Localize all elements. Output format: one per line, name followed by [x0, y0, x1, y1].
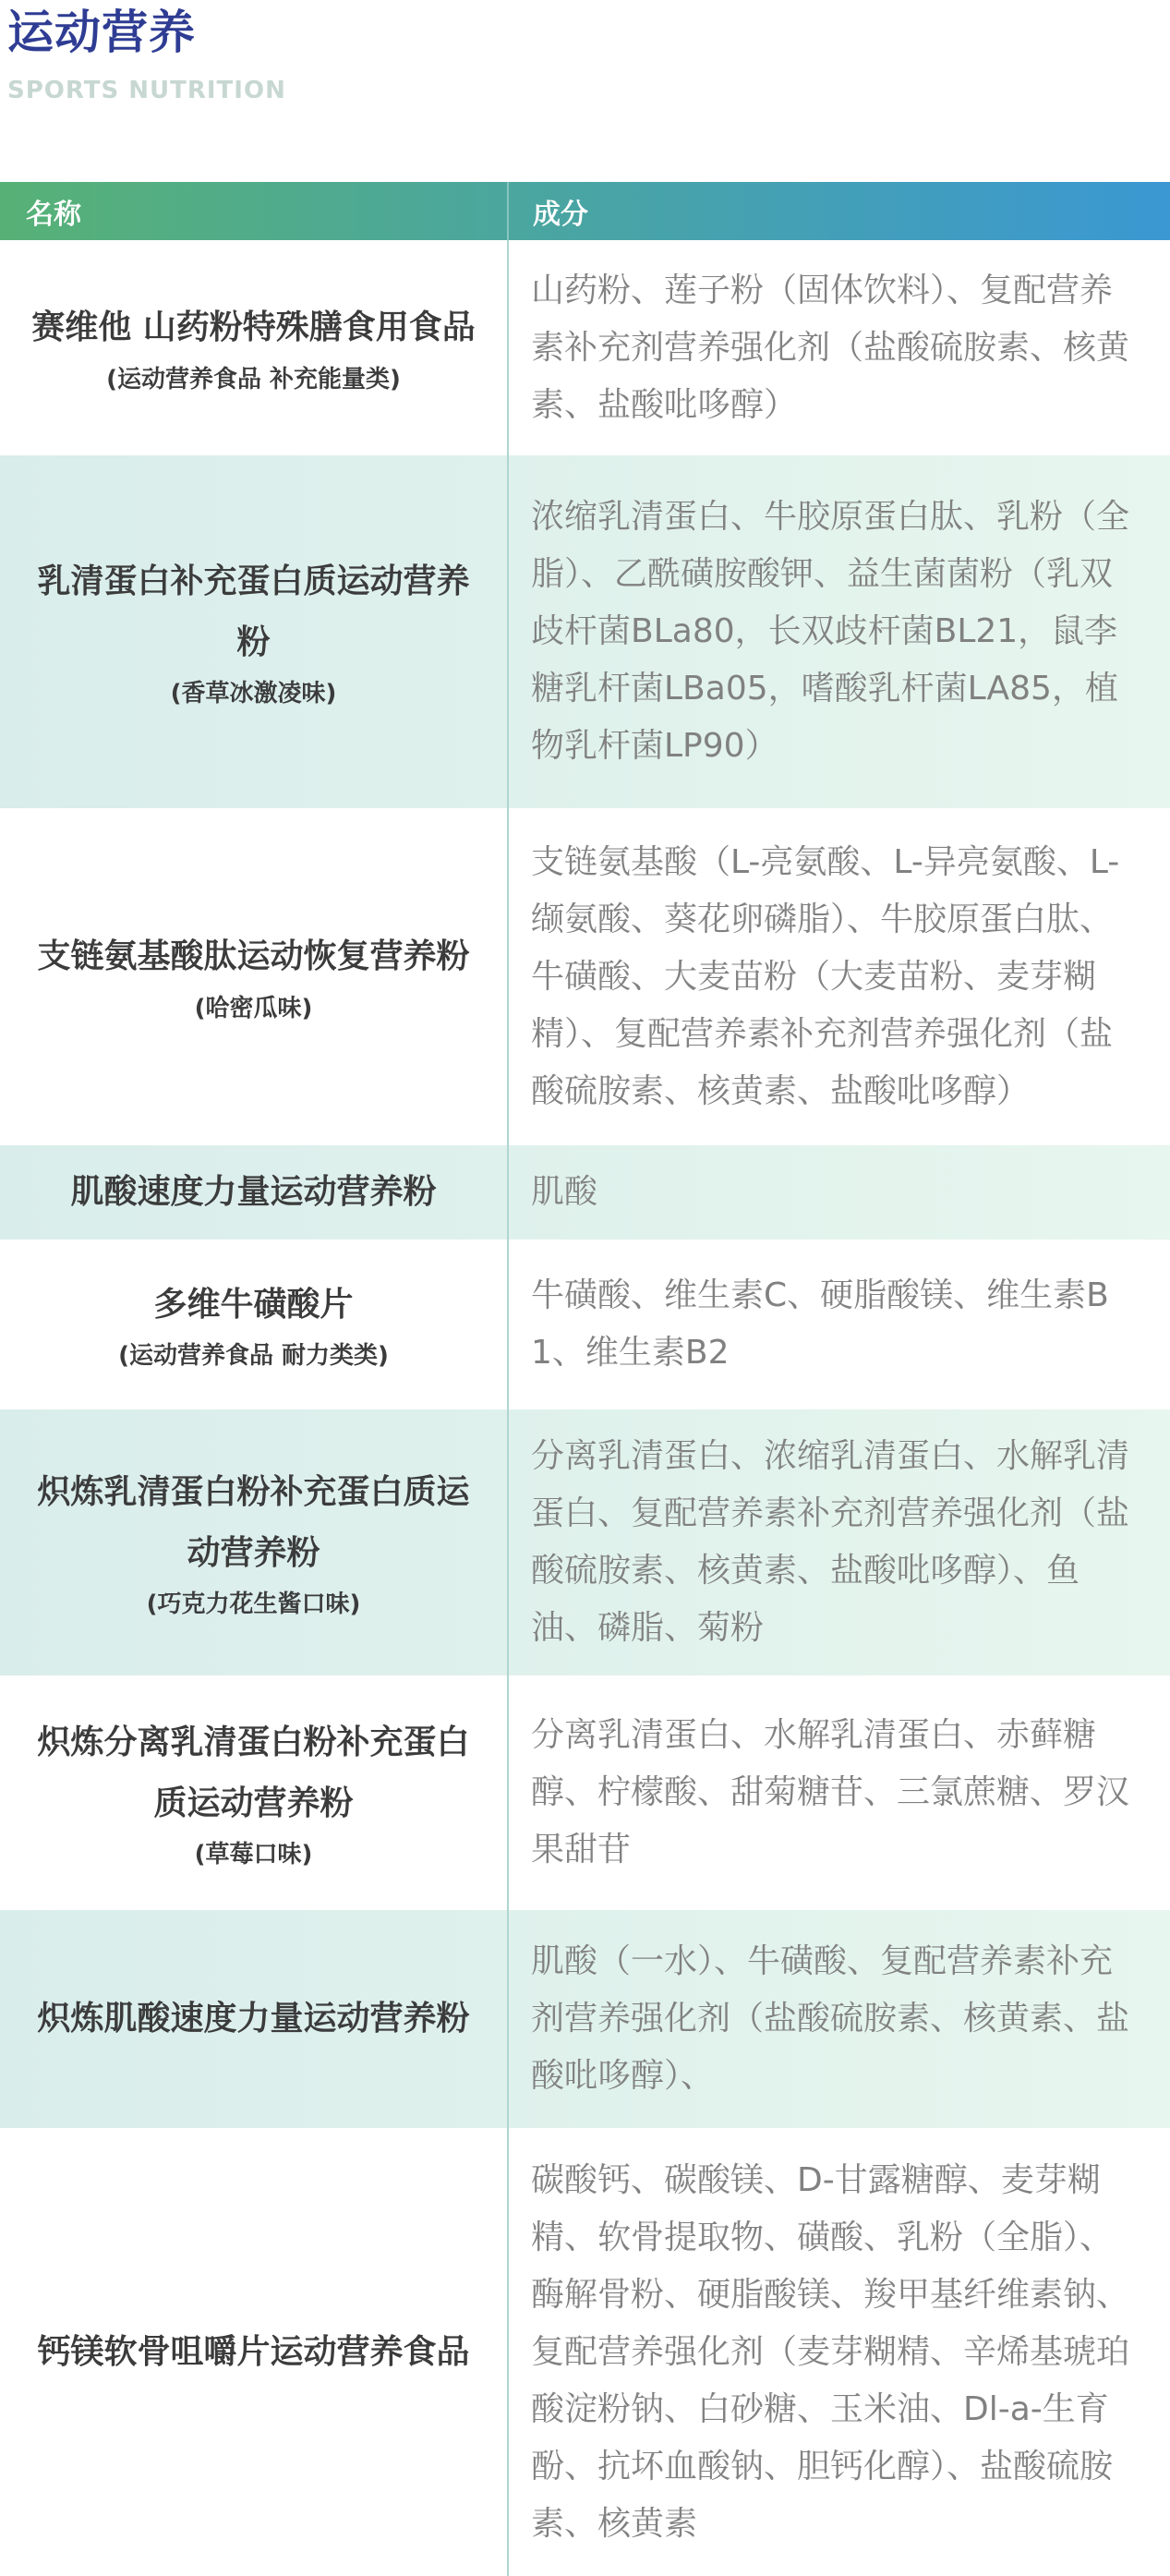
table-row: 肌酸速度力量运动营养粉肌酸 — [0, 1145, 1170, 1240]
ingredients-text: 肌酸 — [531, 1164, 597, 1221]
product-name: 赛维他 山药粉特殊膳食用食品 — [31, 297, 476, 358]
table-row: 炽炼乳清蛋白粉补充蛋白质运动营养粉(巧克力花生酱口味)分离乳清蛋白、浓缩乳清蛋白… — [0, 1409, 1170, 1675]
product-name-cell: 赛维他 山药粉特殊膳食用食品(运动营养食品 补充能量类) — [0, 240, 507, 455]
ingredients-cell: 支链氨基酸（L-亮氨酸、L-异亮氨酸、L-缬氨酸、葵花卵磷脂）、牛胶原蛋白肽、牛… — [507, 808, 1170, 1145]
column-header-name: 名称 — [0, 182, 507, 240]
page: 运动营养 SPORTS NUTRITION 名称 成分 赛维他 山药粉特殊膳食用… — [0, 0, 1170, 2576]
table-row: 支链氨基酸肽运动恢复营养粉(哈密瓜味)支链氨基酸（L-亮氨酸、L-异亮氨酸、L-… — [0, 808, 1170, 1145]
table-row: 多维牛磺酸片(运动营养食品 耐力类类)牛磺酸、维生素C、硬脂酸镁、维生素B1、维… — [0, 1240, 1170, 1409]
ingredients-cell: 浓缩乳清蛋白、牛胶原蛋白肽、乳粉（全脂）、乙酰磺胺酸钾、益生菌菌粉（乳双歧杆菌B… — [507, 455, 1170, 808]
nutrition-table: 名称 成分 赛维他 山药粉特殊膳食用食品(运动营养食品 补充能量类)山药粉、莲子… — [0, 182, 1170, 2576]
ingredients-text: 分离乳清蛋白、水解乳清蛋白、赤藓糖醇、柠檬酸、甜菊糖苷、三氯蔗糖、罗汉果甜苷 — [531, 1707, 1144, 1879]
ingredients-text: 山药粉、莲子粉（固体饮料）、复配营养素补充剂营养强化剂（盐酸硫胺素、核黄素、盐酸… — [531, 262, 1144, 434]
ingredients-cell: 分离乳清蛋白、浓缩乳清蛋白、水解乳清蛋白、复配营养素补充剂营养强化剂（盐酸硫胺素… — [507, 1409, 1170, 1675]
ingredients-cell: 山药粉、莲子粉（固体饮料）、复配营养素补充剂营养强化剂（盐酸硫胺素、核黄素、盐酸… — [507, 240, 1170, 455]
table-header-row: 名称 成分 — [0, 182, 1170, 240]
ingredients-text: 支链氨基酸（L-亮氨酸、L-异亮氨酸、L-缬氨酸、葵花卵磷脂）、牛胶原蛋白肽、牛… — [531, 834, 1144, 1120]
product-name: 乳清蛋白补充蛋白质运动营养粉 — [28, 551, 479, 672]
table-row: 钙镁软骨咀嚼片运动营养食品碳酸钙、碳酸镁、D-甘露糖醇、麦芽糊精、软骨提取物、磺… — [0, 2128, 1170, 2576]
product-name: 支链氨基酸肽运动恢复营养粉 — [37, 926, 469, 987]
page-subtitle: SPORTS NUTRITION — [7, 77, 1170, 104]
ingredients-text: 浓缩乳清蛋白、牛胶原蛋白肽、乳粉（全脂）、乙酰磺胺酸钾、益生菌菌粉（乳双歧杆菌B… — [531, 489, 1144, 775]
ingredients-cell: 分离乳清蛋白、水解乳清蛋白、赤藓糖醇、柠檬酸、甜菊糖苷、三氯蔗糖、罗汉果甜苷 — [507, 1675, 1170, 1910]
product-name-block: 炽炼肌酸速度力量运动营养粉 — [37, 1989, 469, 2050]
product-name-block: 钙镁软骨咀嚼片运动营养食品 — [37, 2322, 469, 2383]
product-name: 炽炼肌酸速度力量运动营养粉 — [37, 1989, 469, 2050]
table-row: 赛维他 山药粉特殊膳食用食品(运动营养食品 补充能量类)山药粉、莲子粉（固体饮料… — [0, 240, 1170, 455]
product-name-cell: 乳清蛋白补充蛋白质运动营养粉(香草冰激凌味) — [0, 455, 507, 808]
product-name-cell: 炽炼乳清蛋白粉补充蛋白质运动营养粉(巧克力花生酱口味) — [0, 1409, 507, 1675]
product-name: 钙镁软骨咀嚼片运动营养食品 — [37, 2322, 469, 2383]
product-flavor: (香草冰激凌味) — [28, 676, 479, 712]
product-name-cell: 多维牛磺酸片(运动营养食品 耐力类类) — [0, 1240, 507, 1409]
product-name: 肌酸速度力量运动营养粉 — [70, 1162, 436, 1223]
product-name-cell: 炽炼肌酸速度力量运动营养粉 — [0, 1910, 507, 2128]
product-name: 多维牛磺酸片 — [118, 1275, 389, 1336]
ingredients-cell: 牛磺酸、维生素C、硬脂酸镁、维生素B1、维生素B2 — [507, 1240, 1170, 1409]
product-name: 炽炼乳清蛋白粉补充蛋白质运动营养粉 — [28, 1462, 479, 1583]
table-row: 乳清蛋白补充蛋白质运动营养粉(香草冰激凌味)浓缩乳清蛋白、牛胶原蛋白肽、乳粉（全… — [0, 455, 1170, 808]
ingredients-text: 肌酸（一水）、牛磺酸、复配营养素补充剂营养强化剂（盐酸硫胺素、核黄素、盐酸吡哆醇… — [531, 1933, 1144, 2105]
product-name-cell: 肌酸速度力量运动营养粉 — [0, 1145, 507, 1240]
product-name-block: 炽炼分离乳清蛋白粉补充蛋白质运动营养粉(草莓口味) — [28, 1712, 479, 1873]
product-name-block: 肌酸速度力量运动营养粉 — [70, 1162, 436, 1223]
product-name-block: 赛维他 山药粉特殊膳食用食品(运动营养食品 补充能量类) — [31, 297, 476, 398]
table-row: 炽炼肌酸速度力量运动营养粉肌酸（一水）、牛磺酸、复配营养素补充剂营养强化剂（盐酸… — [0, 1910, 1170, 2128]
table-row: 炽炼分离乳清蛋白粉补充蛋白质运动营养粉(草莓口味)分离乳清蛋白、水解乳清蛋白、赤… — [0, 1675, 1170, 1910]
page-title: 运动营养 — [7, 6, 1170, 60]
product-name-cell: 支链氨基酸肽运动恢复营养粉(哈密瓜味) — [0, 808, 507, 1145]
product-name-block: 乳清蛋白补充蛋白质运动营养粉(香草冰激凌味) — [28, 551, 479, 712]
column-header-ingredients: 成分 — [507, 182, 1170, 240]
product-name-block: 支链氨基酸肽运动恢复营养粉(哈密瓜味) — [37, 926, 469, 1027]
ingredients-cell: 碳酸钙、碳酸镁、D-甘露糖醇、麦芽糊精、软骨提取物、磺酸、乳粉（全脂）、酶解骨粉… — [507, 2128, 1170, 2576]
ingredients-text: 牛磺酸、维生素C、硬脂酸镁、维生素B1、维生素B2 — [531, 1267, 1144, 1382]
product-flavor: (运动营养食品 耐力类类) — [118, 1338, 389, 1374]
page-header: 运动营养 SPORTS NUTRITION — [0, 0, 1170, 104]
ingredients-cell: 肌酸 — [507, 1145, 1170, 1240]
product-flavor: (草莓口味) — [28, 1837, 479, 1873]
table-body: 赛维他 山药粉特殊膳食用食品(运动营养食品 补充能量类)山药粉、莲子粉（固体饮料… — [0, 240, 1170, 2576]
ingredients-text: 分离乳清蛋白、浓缩乳清蛋白、水解乳清蛋白、复配营养素补充剂营养强化剂（盐酸硫胺素… — [531, 1428, 1144, 1657]
product-name: 炽炼分离乳清蛋白粉补充蛋白质运动营养粉 — [28, 1712, 479, 1833]
product-name-block: 炽炼乳清蛋白粉补充蛋白质运动营养粉(巧克力花生酱口味) — [28, 1462, 479, 1623]
product-flavor: (哈密瓜味) — [37, 991, 469, 1027]
ingredients-cell: 肌酸（一水）、牛磺酸、复配营养素补充剂营养强化剂（盐酸硫胺素、核黄素、盐酸吡哆醇… — [507, 1910, 1170, 2128]
product-name-cell: 钙镁软骨咀嚼片运动营养食品 — [0, 2128, 507, 2576]
product-flavor: (巧克力花生酱口味) — [28, 1587, 479, 1623]
product-flavor: (运动营养食品 补充能量类) — [31, 362, 476, 398]
product-name-cell: 炽炼分离乳清蛋白粉补充蛋白质运动营养粉(草莓口味) — [0, 1675, 507, 1910]
product-name-block: 多维牛磺酸片(运动营养食品 耐力类类) — [118, 1275, 389, 1375]
ingredients-text: 碳酸钙、碳酸镁、D-甘露糖醇、麦芽糊精、软骨提取物、磺酸、乳粉（全脂）、酶解骨粉… — [531, 2152, 1144, 2553]
